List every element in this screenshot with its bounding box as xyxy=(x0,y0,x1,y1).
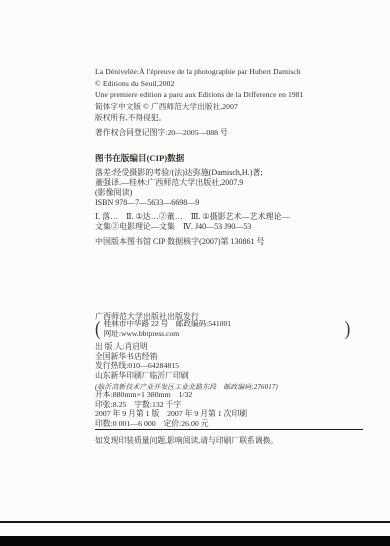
chinese-edition-line: 简体字中文版 © 广西师范大学出版社,2007 xyxy=(95,101,304,113)
publication-info-block: 出 版 人:肖启明 全国新华书店经销 发行热线:010—64284815 山东新… xyxy=(95,342,189,380)
french-copyright-line: © Editions du Seuil,2002 xyxy=(95,78,304,90)
classification-line: Ⅰ. 落… Ⅱ. ①达…②董… Ⅲ. ①摄影艺术—艺术理论— xyxy=(95,212,290,222)
bottom-scan-line xyxy=(0,521,390,523)
publisher-person-line: 出 版 人:肖启明 xyxy=(95,342,189,352)
publisher-address-group: ( 桂林市中华路 22 号 邮政编码:541001 网址:www.bbtpres… xyxy=(95,319,350,339)
price-line: 印数:0 001—6 000 定价:26.00 元 xyxy=(95,419,247,429)
cip-series-line: (影像阅读) xyxy=(95,188,263,198)
french-copyright-line: Une premiere edition a paru aux Editions… xyxy=(95,89,304,101)
website-line: 网址:www.bbtpress.com xyxy=(104,329,342,339)
sheets-line: 印张:8.25 字数:132 千字 xyxy=(95,400,247,410)
french-copyright-block: La Dénivelée:À l'épreuve de la photograp… xyxy=(95,66,304,124)
cip-record-number: 中国版本图书馆 CIP 数据核字(2007)第 130861 号 xyxy=(95,236,264,247)
divider-rule xyxy=(95,429,363,430)
copyright-registration: 著作权合同登记图字:20—2005—088 号 xyxy=(95,127,228,138)
cip-title-line: 落差:经受摄影的考验/(法)达弥施(Damisch,H.)著; xyxy=(95,168,263,178)
cip-heading: 图书在版编目(CIP)数据 xyxy=(95,152,184,164)
address-line: 桂林市中华路 22 号 邮政编码:541001 xyxy=(104,319,342,329)
classification-line: 文集②电影理论—文集 Ⅳ. J40—53 J90—53 xyxy=(95,222,290,232)
format-line: 开本:880mm×1 380mm 1/32 xyxy=(95,390,247,400)
printer-line: 山东新华印刷厂临沂厂印刷 xyxy=(95,371,189,381)
scanned-copyright-page: La Dénivelée:À l'épreuve de la photograp… xyxy=(0,0,390,546)
distribution-line: 全国新华书店经销 xyxy=(95,352,189,362)
isbn-line: ISBN 978—7—5633—6698—9 xyxy=(95,198,263,208)
cip-body-block: 落差:经受摄影的考验/(法)达弥施(Damisch,H.)著; 董强译.—桂林:… xyxy=(95,168,263,208)
french-copyright-line: La Dénivelée:À l'épreuve de la photograp… xyxy=(95,66,304,78)
edition-line: 2007 年 9 月第 1 版 2007 年 9 月第 1 次印刷 xyxy=(95,409,247,419)
cip-publisher-line: 董强译.—桂林:广西师范大学出版社,2007.9 xyxy=(95,178,263,188)
rights-reserved-line: 版权所有,不得侵犯。 xyxy=(95,112,304,124)
open-paren: ( xyxy=(95,318,101,341)
cip-classification-block: Ⅰ. 落… Ⅱ. ①达…②董… Ⅲ. ①摄影艺术—艺术理论— 文集②电影理论—文… xyxy=(95,212,290,231)
close-paren: ) xyxy=(345,318,351,341)
quality-note: 如发现印装质量问题,影响阅读,请与印刷厂联系调换。 xyxy=(95,435,278,446)
print-spec-block: 开本:880mm×1 380mm 1/32 印张:8.25 字数:132 千字 … xyxy=(95,390,247,428)
bottom-scan-bar xyxy=(0,536,390,546)
hotline-line: 发行热线:010—64284815 xyxy=(95,361,189,371)
